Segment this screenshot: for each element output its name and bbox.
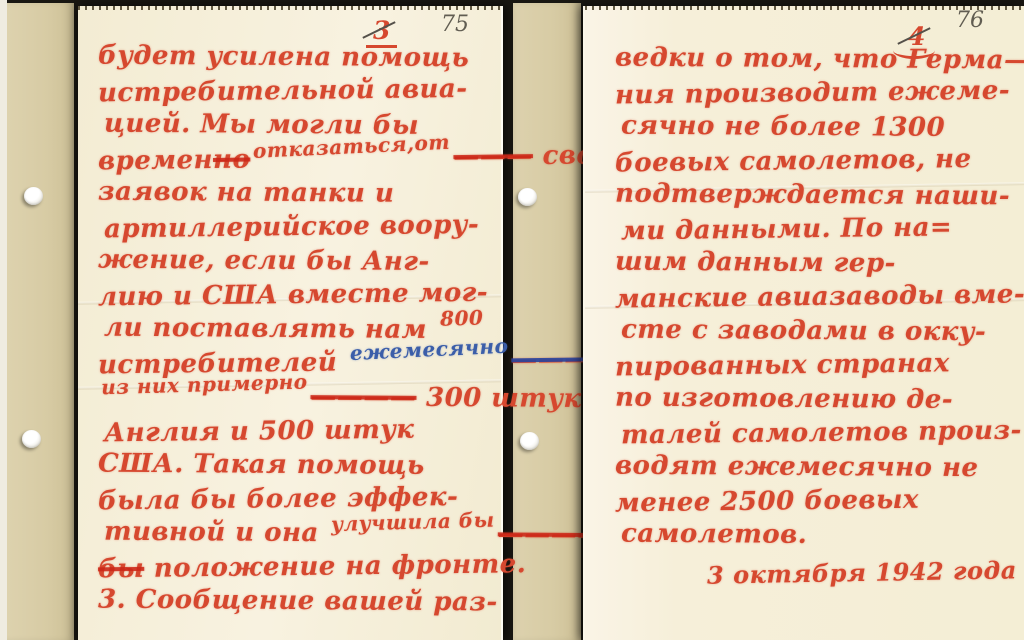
- manuscript-line: артиллерийское воору-: [104, 208, 494, 247]
- hole-punch: [24, 187, 43, 205]
- manuscript-line: временноотказаться,от——— своих: [98, 140, 494, 179]
- text-segment: будет усилена помощь: [98, 41, 469, 74]
- manuscript-line: Англия и 500 штук: [104, 412, 494, 451]
- manuscript-line: лию и США вместе мог-: [98, 276, 494, 315]
- strikethrough-text: ————: [310, 382, 416, 413]
- manuscript-text-right: ведки о том, что Герма—ния производит еж…: [615, 42, 1017, 590]
- manuscript-line: менее 2500 боевых: [615, 482, 1017, 521]
- manuscript-line: будет усилена помощь: [98, 39, 494, 76]
- manuscript-line: ния производит ежеме-: [615, 74, 1017, 113]
- text-segment: сячно не более 1300: [621, 111, 945, 143]
- manuscript-line: пированных странах: [615, 346, 1017, 385]
- manuscript-line: талей самолетов произ-: [621, 414, 1017, 453]
- manuscript-line: из них примерно———— 300 штук: [98, 379, 494, 416]
- text-segment: ведки о том, что Герма—: [615, 43, 1024, 76]
- manuscript-page-right: 4 76 ведки о том, что Герма—ния производ…: [585, 6, 1024, 640]
- binder-strip-left: [7, 3, 74, 640]
- text-segment: артиллерийское воору-: [104, 210, 480, 245]
- manuscript-line: заявок на танки и: [98, 175, 494, 212]
- manuscript-line: 3. Сообщение вашей раз-: [98, 583, 494, 620]
- manuscript-line: тивной и она улучшила бы————: [104, 515, 494, 552]
- archive-number-right: 76: [956, 8, 984, 33]
- manuscript-line: сячно не более 1300: [621, 109, 1017, 146]
- strikethrough-text: но: [213, 145, 251, 175]
- text-segment: сте с заводами в окку-: [621, 315, 986, 348]
- manuscript-text-left: будет усилена помощьистребительной авиа-…: [98, 40, 494, 618]
- manuscript-line: по изготовлению де-: [615, 381, 1017, 418]
- text-segment: ния производит ежеме-: [615, 76, 1010, 111]
- text-segment: водят ежемесячно не: [615, 451, 979, 484]
- manuscript-line: ведки о том, что Герма—: [615, 41, 1017, 78]
- manuscript-line: шим данным гер-: [615, 245, 1017, 282]
- text-segment: пированных странах: [615, 348, 950, 382]
- inserted-correction-text: улучшила бы: [331, 503, 495, 542]
- text-segment: 300 штук: [416, 383, 581, 414]
- manuscript-line: истребительной авиа-: [98, 72, 494, 111]
- manuscript-line: жение, если бы Анг-: [98, 243, 494, 280]
- inserted-correction-text: ежемесячно: [349, 329, 509, 370]
- text-segment: Англия и 500 штук: [104, 415, 415, 449]
- text-segment: боевых самолетов, не: [615, 144, 972, 178]
- manuscript-line: манские авиазаводы вме-: [615, 278, 1017, 317]
- manuscript-line: водят ежемесячно не: [615, 449, 1017, 486]
- text-segment: 3. Сообщение вашей раз-: [98, 585, 498, 618]
- scan-edge-sliver: [0, 0, 7, 640]
- text-segment: менее 2500 боевых: [615, 485, 919, 519]
- manuscript-line: бы положение на фронте.: [98, 548, 494, 587]
- text-segment: заявок на танки и: [98, 177, 395, 209]
- date-line: 3 октября 1942 года: [707, 553, 1018, 592]
- hole-punch: [520, 432, 539, 450]
- text-segment: США. Такая помощь: [98, 449, 425, 481]
- strikethrough-text: бы: [98, 554, 145, 585]
- archive-number-left: 75: [441, 12, 469, 37]
- text-segment: талей самолетов произ-: [621, 416, 1022, 451]
- text-segment: самолетов.: [621, 519, 808, 550]
- text-segment: жение, если бы Анг-: [98, 245, 430, 277]
- text-segment: подтверждается наши-: [615, 179, 1010, 212]
- manuscript-page-left: 3 75 будет усилена помощьистребительной …: [78, 6, 501, 640]
- manuscript-line: подтверждается наши-: [615, 177, 1017, 214]
- text-segment: тивной и она: [104, 517, 329, 549]
- text-segment: манские авиазаводы вме-: [615, 279, 1024, 314]
- perforated-edge: [78, 6, 501, 10]
- text-segment: ми данными. По на=: [621, 212, 953, 246]
- manuscript-line: США. Такая помощь: [98, 447, 494, 484]
- text-segment: шим данным гер-: [615, 247, 896, 279]
- manuscript-line: боевых самолетов, не: [615, 142, 1017, 181]
- text-segment: лию и США вместе мог-: [98, 278, 488, 313]
- strikethrough-text: ———: [511, 344, 591, 375]
- document-scan: 3 75 будет усилена помощьистребительной …: [0, 0, 1024, 640]
- text-segment: положение на фронте.: [144, 549, 526, 584]
- text-segment: истребительной авиа-: [98, 74, 468, 109]
- inserted-correction-text: из них примерно: [101, 364, 308, 404]
- manuscript-line: самолетов.: [621, 517, 1017, 554]
- hole-punch: [518, 188, 537, 206]
- hole-punch: [22, 430, 41, 448]
- manuscript-line: сте с заводами в окку-: [621, 313, 1017, 350]
- manuscript-line: ми данными. По на=: [621, 210, 1017, 249]
- text-segment: времен: [98, 145, 213, 176]
- strikethrough-text: ———: [453, 141, 533, 172]
- text-segment: по изготовлению де-: [615, 383, 953, 415]
